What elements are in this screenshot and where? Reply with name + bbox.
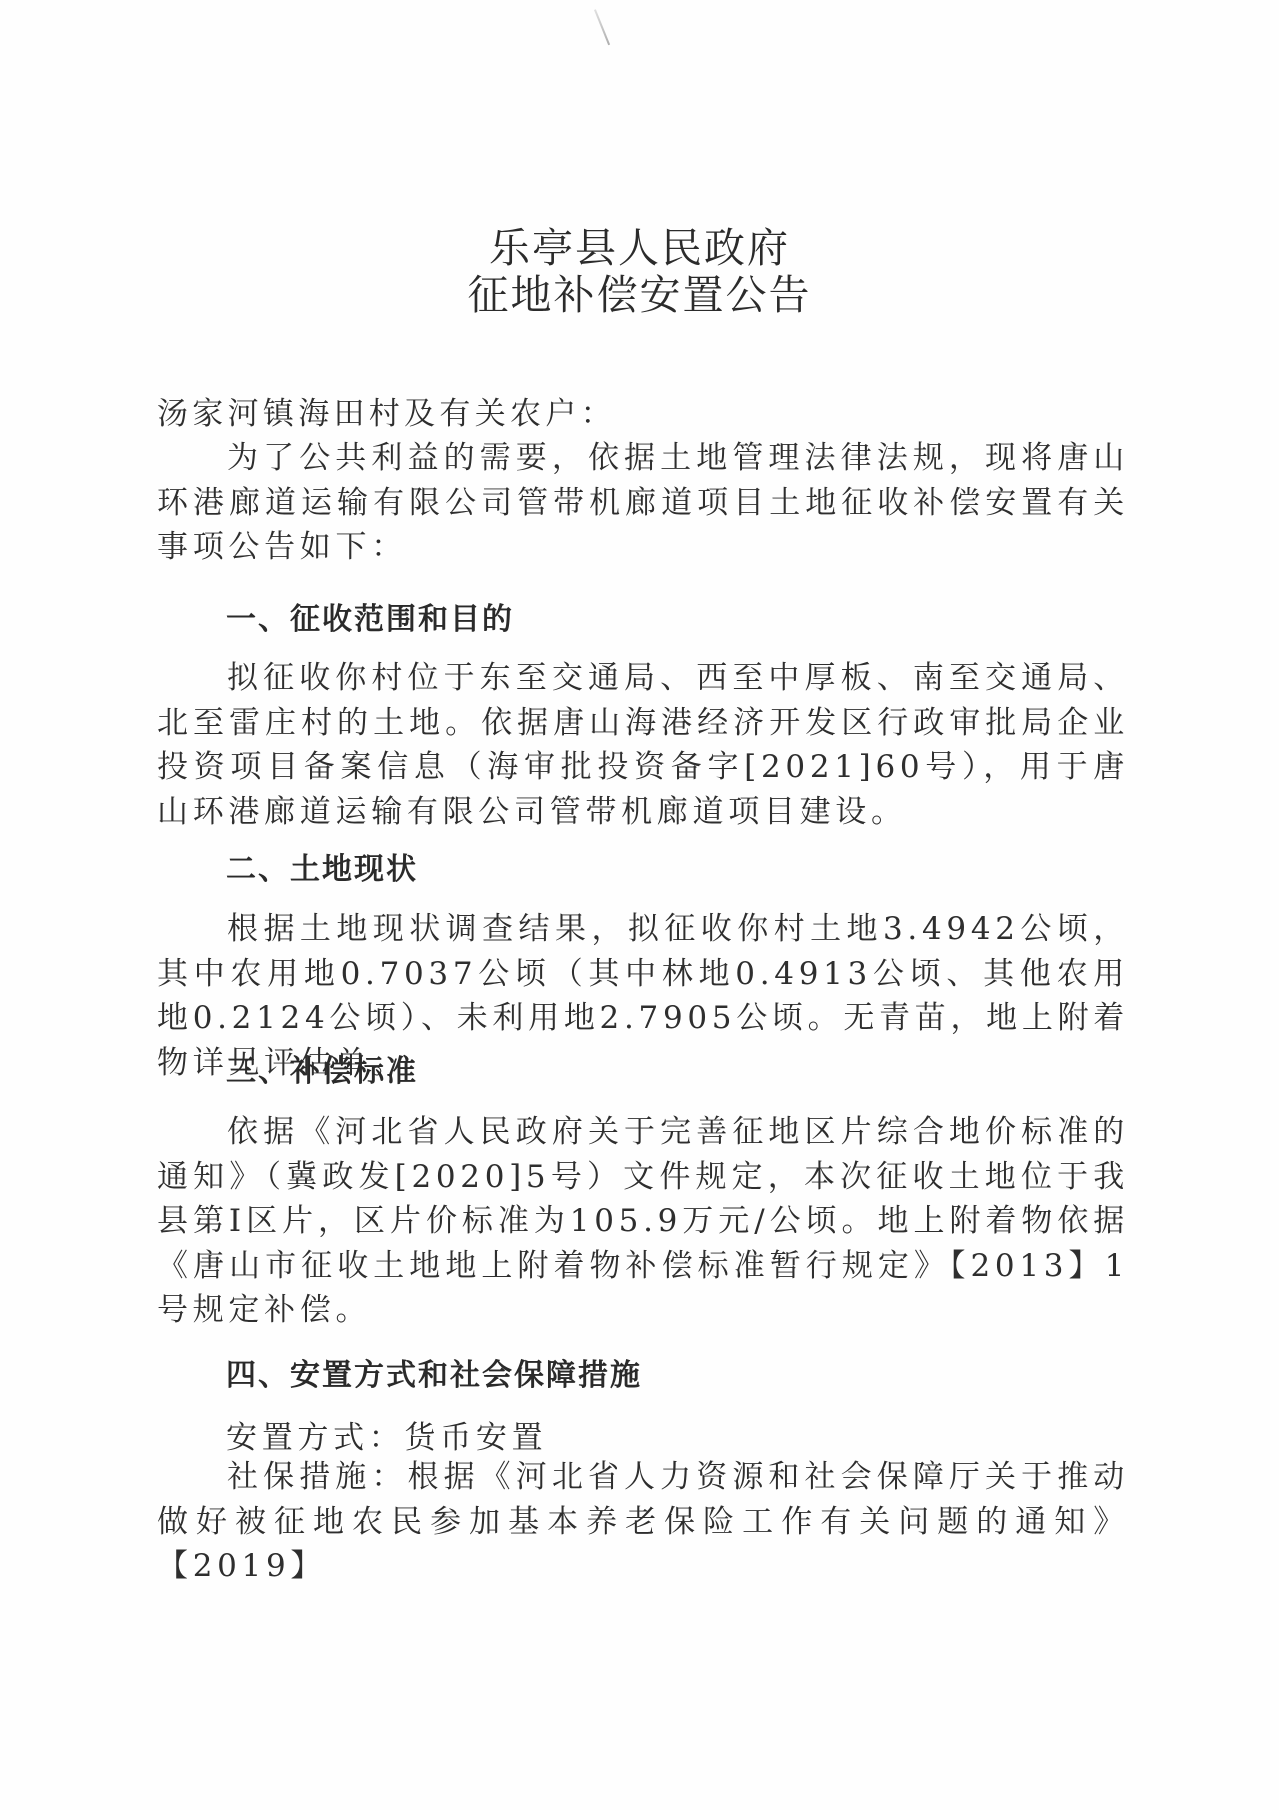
scan-artifact-mark	[594, 9, 610, 45]
section-paragraph-scope: 拟征收你村位于东至交通局、西至中厚板、南至交通局、北至雷庄村的土地。依据唐山海港…	[157, 656, 1129, 834]
section-paragraph-social-security: 社保措施：根据《河北省人力资源和社会保障厅关于推动做好被征地农民参加基本养老保险…	[157, 1455, 1129, 1589]
document-title-subject: 征地补偿安置公告	[0, 262, 1279, 321]
document-page: 乐亭县人民政府 征地补偿安置公告 汤家河镇海田村及有关农户： 为了公共利益的需要…	[0, 0, 1279, 1810]
section-paragraph-compensation: 依据《河北省人民政府关于完善征地区片综合地价标准的通知》（冀政发[2020]5号…	[157, 1110, 1129, 1333]
section-heading-scope: 一、征收范围和目的	[226, 594, 514, 638]
section-heading-resettlement: 四、安置方式和社会保障措施	[226, 1350, 642, 1394]
section-heading-compensation: 三、补偿标准	[226, 1046, 418, 1090]
section-heading-land-status: 二、土地现状	[226, 844, 418, 888]
settlement-method: 安置方式：货币安置	[226, 1412, 547, 1457]
salutation: 汤家河镇海田村及有关农户：	[157, 392, 1117, 436]
intro-paragraph: 为了公共利益的需要，依据土地管理法律法规，现将唐山环港廊道运输有限公司管带机廊道…	[157, 436, 1129, 570]
